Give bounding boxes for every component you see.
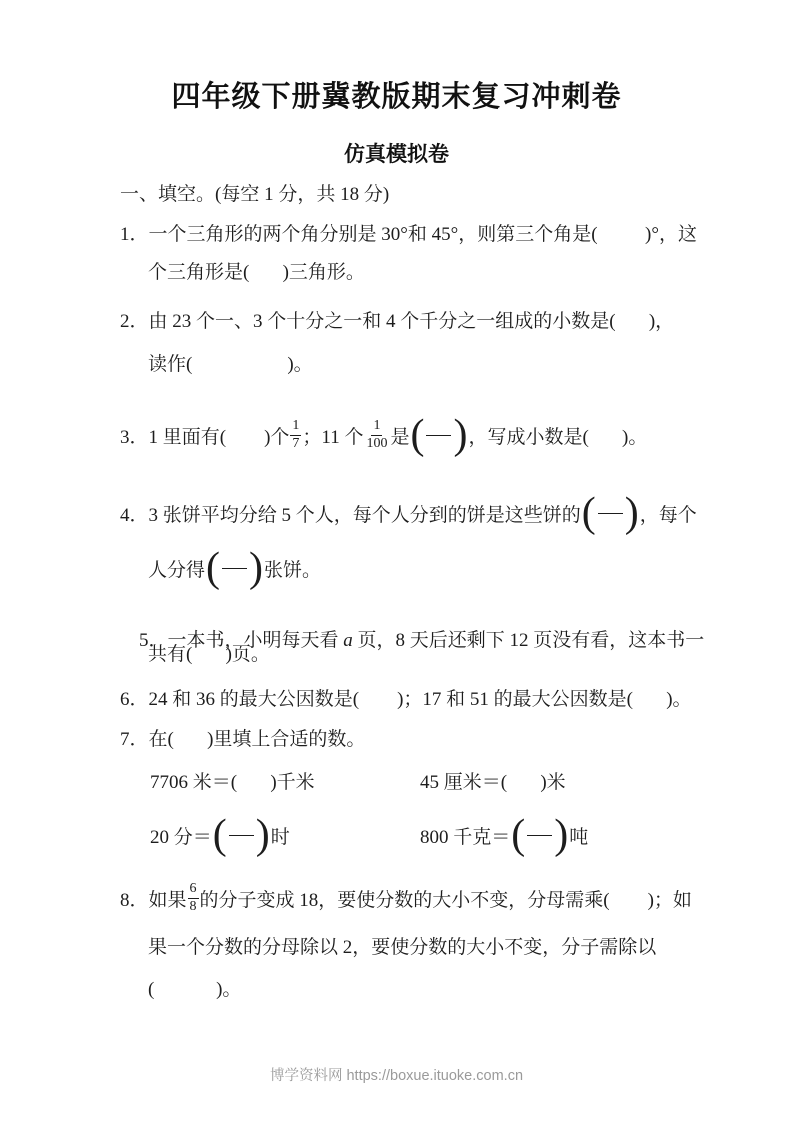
question-2-line-1: 2．由 23 个一、3 个十分之一和 4 个千分之一组成的小数是( )，: [120, 309, 674, 335]
right-paren-glyph: ): [554, 812, 568, 858]
left-paren-glyph: (: [582, 490, 596, 536]
fraction-1-7: 17: [290, 418, 301, 451]
fraction-bar: [222, 568, 247, 569]
left-paren-glyph: (: [410, 412, 424, 458]
right-paren-glyph: ): [625, 490, 639, 536]
fraction-answer-blank: (): [206, 545, 263, 591]
fraction-numerator: 1: [371, 418, 382, 435]
question-5-text: 页，8 天后还剩下 12 页没有看，这本书一: [353, 630, 705, 651]
fraction-denominator: 8: [188, 899, 199, 915]
fraction-answer-blank: (): [582, 490, 639, 536]
question-3-line-1: 3．1 里面有( )个17；11 个1100是()，写成小数是( )。: [120, 412, 647, 458]
question-8-text: 的分子变成 18，要使分数的大小不变，分母需乘( )；如: [200, 885, 692, 912]
question-3-text: 是: [390, 422, 409, 449]
right-paren-glyph: ): [453, 412, 467, 458]
fraction-answer-blank: (): [410, 412, 467, 458]
question-7-item-3: 20 分＝()时: [150, 812, 290, 858]
question-1-line-2: 个三角形是( )三角形。: [148, 260, 365, 286]
right-paren-glyph: ): [249, 545, 263, 591]
question-3-text: ，写成小数是( )。: [468, 422, 647, 449]
question-4-text: 人分得: [148, 555, 205, 582]
question-7-item-1: 7706 米＝( )千米: [150, 770, 315, 796]
right-paren-glyph: ): [256, 812, 270, 858]
fraction-denominator: 7: [290, 436, 301, 452]
section-heading: 一、填空。(每空 1 分，共 18 分): [120, 182, 389, 208]
question-3-text: ；11 个: [302, 422, 363, 449]
left-paren-glyph: (: [511, 812, 525, 858]
question-7-text: 时: [271, 822, 290, 849]
question-6-line-1: 6．24 和 36 的最大公因数是( )；17 和 51 的最大公因数是( )。: [120, 687, 692, 713]
question-2-line-2: 读作( )。: [148, 352, 313, 378]
exam-paper-page: 四年级下册冀教版期末复习冲刺卷 仿真模拟卷 一、填空。(每空 1 分，共 18 …: [0, 0, 793, 1122]
fraction-answer-blank: (): [213, 812, 270, 858]
exam-title: 四年级下册冀教版期末复习冲刺卷: [0, 79, 793, 115]
question-4-line-1: 4．3 张饼平均分给 5 个人，每个人分到的饼是这些饼的()，每个: [120, 490, 697, 536]
fraction-bar: [598, 513, 623, 514]
fraction-denominator: 100: [364, 436, 389, 452]
question-3-text: 3．1 里面有( )个: [120, 422, 289, 449]
question-7-text: 20 分＝: [150, 822, 212, 849]
question-7-item-4: 800 千克＝()吨: [420, 812, 588, 858]
question-7-text: 800 千克＝: [420, 822, 510, 849]
fraction-6-8: 68: [188, 881, 199, 914]
question-7-item-2: 45 厘米＝( )米: [420, 770, 566, 796]
question-4-line-2: 人分得()张饼。: [148, 545, 321, 591]
exam-subtitle: 仿真模拟卷: [0, 142, 793, 168]
fraction-numerator: 1: [290, 418, 301, 435]
question-5-line-2: 共有( )页。: [148, 642, 270, 668]
left-paren-glyph: (: [206, 545, 220, 591]
question-4-text: 张饼。: [264, 555, 321, 582]
question-7-text: 吨: [569, 822, 588, 849]
fraction-1-100: 1100: [364, 418, 389, 451]
question-8-text: 8．如果: [120, 885, 187, 912]
question-1-line-1: 1．一个三角形的两个角分别是 30°和 45°，则第三个角是( )°，这: [120, 222, 697, 248]
fraction-bar: [426, 435, 451, 436]
question-4-text: ，每个: [640, 500, 697, 527]
question-7-line-1: 7．在( )里填上合适的数。: [120, 727, 365, 753]
fraction-numerator: 6: [188, 881, 199, 898]
site-watermark: 博学资料网 https://boxue.ituoke.com.cn: [0, 1066, 793, 1086]
fraction-bar: [527, 835, 552, 836]
question-8-line-3: ( )。: [148, 977, 241, 1003]
question-5-line-1: 5．一本书，小明每天看 a 页，8 天后还剩下 12 页没有看，这本书一: [120, 602, 704, 680]
fraction-answer-blank: (): [511, 812, 568, 858]
question-8-line-1: 8．如果68的分子变成 18，要使分数的大小不变，分母需乘( )；如: [120, 875, 692, 921]
fraction-bar: [229, 835, 254, 836]
question-4-text: 4．3 张饼平均分给 5 个人，每个人分到的饼是这些饼的: [120, 500, 581, 527]
question-8-line-2: 果一个分数的分母除以 2，要使分数的大小不变，分子需除以: [148, 935, 656, 961]
left-paren-glyph: (: [213, 812, 227, 858]
variable-a: a: [343, 630, 353, 651]
